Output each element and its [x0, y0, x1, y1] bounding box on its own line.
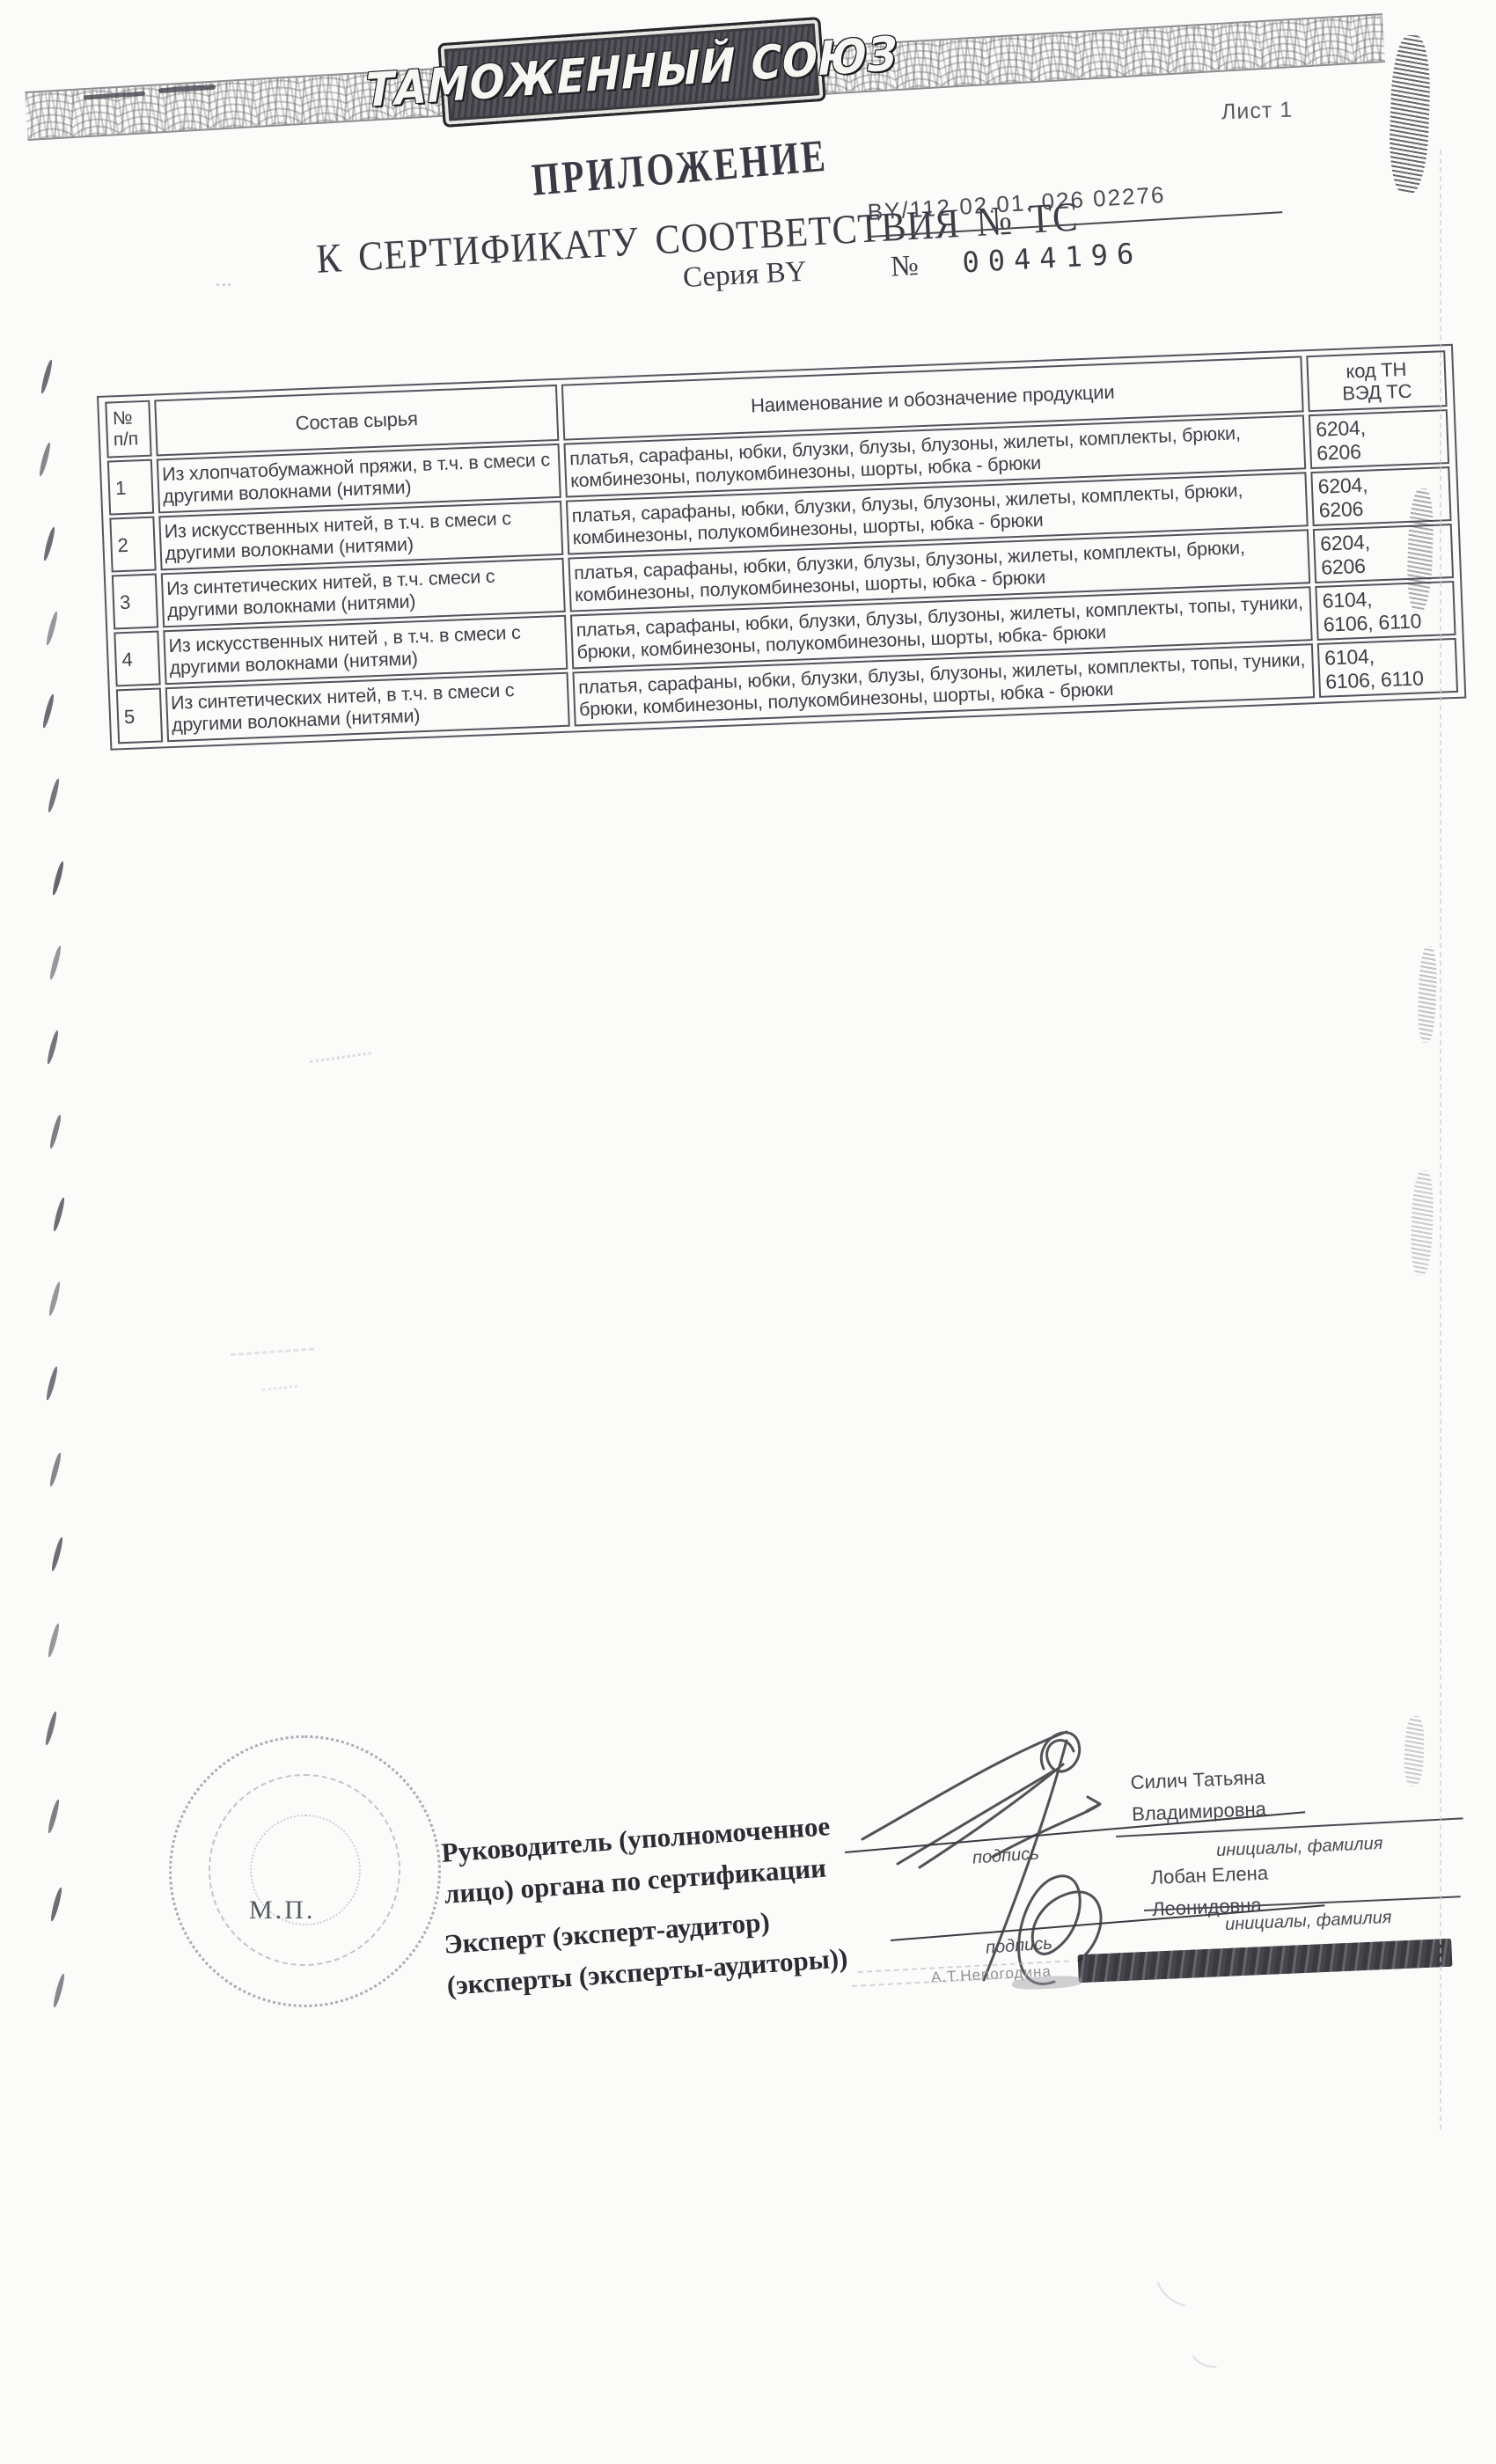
product-table: № п/п Состав сырья Наименование и обозна… [97, 344, 1466, 751]
margin-mark [41, 693, 55, 729]
sheet-number-label: Лист 1 [1221, 98, 1294, 126]
margin-mark [46, 1030, 59, 1065]
col-header-num: № п/п [105, 400, 151, 458]
scan-smudge [310, 1052, 371, 1063]
page-title: ПРИЛОЖЕНИЕ [530, 130, 830, 207]
number-sign: № [890, 250, 919, 284]
margin-mark [51, 861, 64, 896]
margin-mark [42, 526, 55, 561]
paper-edge-texture [1388, 34, 1432, 194]
scan-smudge [1187, 2339, 1228, 2373]
paper-edge-texture [1417, 946, 1438, 1044]
margin-mark [44, 1711, 57, 1746]
margin-mark [50, 1536, 63, 1572]
expert-role-title: Эксперт (эксперт-аудитор) (эксперты (экс… [443, 1896, 849, 2006]
scan-smudge [231, 1347, 314, 1356]
series-label: Серия BY [682, 256, 807, 295]
row-num: 3 [112, 574, 158, 630]
paper-edge-texture [1404, 1716, 1426, 1787]
row-code: 6204, 6206 [1309, 409, 1449, 469]
margin-mark [52, 1973, 65, 2008]
margin-mark [48, 1281, 61, 1316]
margin-mark [48, 1114, 62, 1149]
row-num: 2 [109, 517, 156, 573]
margin-mark [48, 945, 62, 980]
row-code: 6104, 6106, 6110 [1317, 638, 1458, 698]
row-num: 4 [114, 631, 160, 687]
margin-mark [45, 1366, 58, 1401]
scan-smudge [262, 1385, 297, 1391]
row-num: 5 [116, 687, 163, 744]
margin-mark [48, 1452, 62, 1487]
row-code: 6104, 6106, 6110 [1315, 581, 1456, 641]
scan-smudge [216, 283, 231, 286]
head-signer-name: Силич Татьяна Владимировна [1130, 1762, 1267, 1830]
margin-mark [47, 1623, 60, 1658]
margin-mark [45, 611, 58, 646]
margin-mark [38, 442, 51, 477]
stamp-place-label: М.П. [249, 1896, 315, 1925]
head-role-title: Руководитель (уполномоченное лицо) орган… [440, 1805, 834, 1915]
paper-edge-line [1440, 150, 1441, 2130]
customs-union-banner: ТАМОЖЕННЫЙ СОЮЗ [437, 17, 826, 128]
margin-mark [47, 778, 60, 813]
scan-smudge [1150, 2262, 1204, 2314]
customs-union-banner-text: ТАМОЖЕННЫЙ СОЮЗ [366, 26, 898, 118]
margin-mark [49, 1887, 62, 1922]
col-header-code: код ТН ВЭД ТС [1306, 350, 1448, 412]
margin-mark [47, 1799, 60, 1834]
margin-mark [52, 1197, 65, 1232]
paper-edge-texture [1410, 1170, 1434, 1277]
margin-mark [40, 359, 53, 394]
scanned-certificate-page: ТАМОЖЕННЫЙ СОЮЗ Лист 1 ПРИЛОЖЕНИЕ К СЕРТ… [0, 0, 1496, 2464]
row-num: 1 [107, 459, 154, 516]
